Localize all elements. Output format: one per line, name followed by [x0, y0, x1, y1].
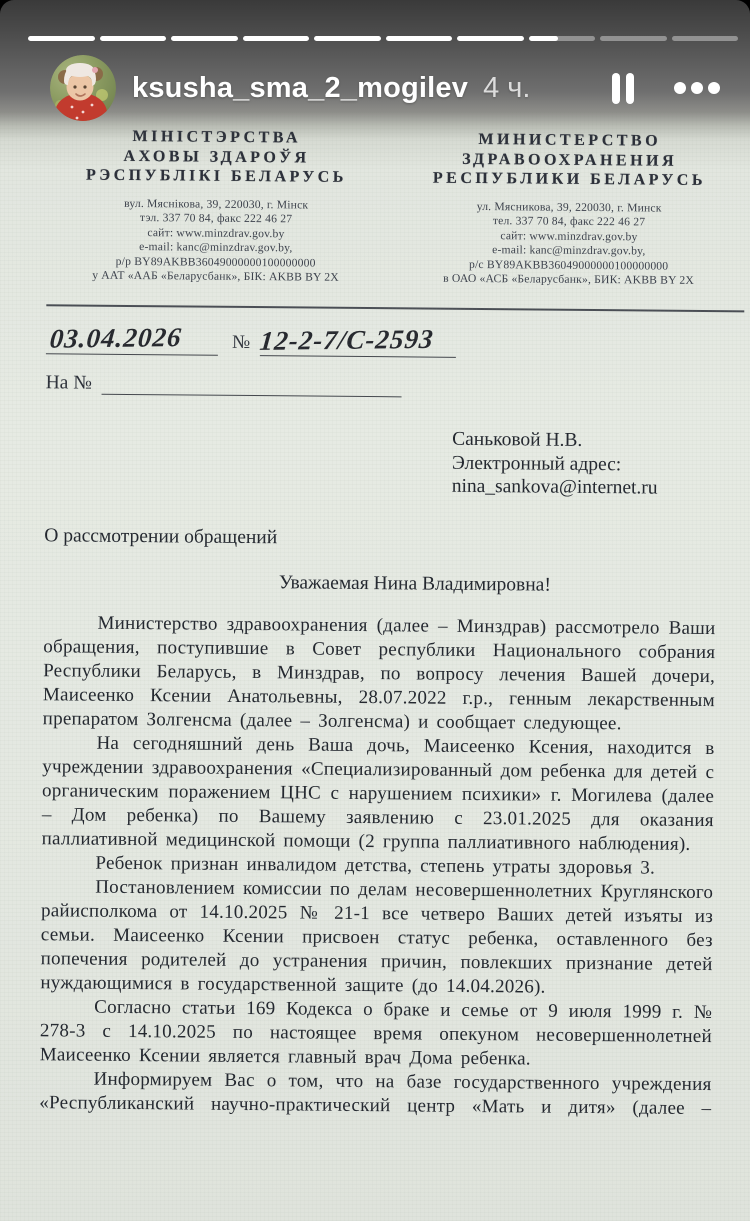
letterhead-left-title-line: РЭСПУБЛІКІ БЕЛАРУСЬ — [57, 165, 375, 187]
addressee-email-label: Электронный адрес: — [452, 451, 747, 477]
letter-body: Министерство здравоохранения (далее – Ми… — [39, 611, 715, 1121]
reply-reference-row: На № — [46, 364, 748, 400]
date-field: 03.04.2026 — [46, 322, 218, 355]
progress-segment — [672, 36, 739, 41]
handwritten-date: 03.04.2026 — [48, 322, 183, 355]
more-options-icon[interactable] — [674, 82, 720, 94]
addressee-block: Саньковой Н.В. Электронный адрес: nina_s… — [452, 428, 748, 501]
story-progress-bar[interactable] — [28, 36, 738, 41]
progress-fill — [386, 36, 453, 41]
progress-fill — [100, 36, 167, 41]
progress-fill — [243, 36, 310, 41]
progress-segment — [600, 36, 667, 41]
letterhead-russian: МИНИСТЕРСТВО ЗДРАВООХРАНЕНИЯ РЕСПУБЛИКИ … — [394, 129, 743, 289]
reply-to-label: На № — [46, 372, 92, 394]
progress-segment — [243, 36, 310, 41]
progress-segment — [100, 36, 167, 41]
pause-icon[interactable] — [612, 73, 634, 104]
letter-paragraph: На сегодняшний день Ваша дочь, Маисеенко… — [42, 731, 715, 857]
letterhead: МІНІСТЭРСТВА АХОВЫ ЗДАРОЎЯ РЭСПУБЛІКІ БЕ… — [0, 112, 750, 290]
reference-row: 03.04.2026 № 12-2-7/С-2593 — [46, 310, 748, 360]
scanned-letter-document: МІНІСТЭРСТВА АХОВЫ ЗДАРОЎЯ РЭСПУБЛІКІ БЕ… — [0, 112, 750, 1121]
progress-segment — [529, 36, 596, 41]
reply-number-blank-field — [102, 376, 402, 398]
progress-fill — [457, 36, 524, 41]
progress-segment — [28, 36, 95, 41]
progress-fill — [314, 36, 381, 41]
handwritten-number: 12-2-7/С-2593 — [259, 324, 436, 357]
letter-paragraph: Информируем Вас о том, что на базе госуд… — [39, 1067, 711, 1121]
letterhead-right-title-line: РЕСПУБЛИКИ БЕЛАРУСЬ — [395, 168, 743, 191]
progress-fill — [28, 36, 95, 41]
letter-paragraph: Министерство здравоохранения (далее – Ми… — [43, 611, 716, 737]
letter-paragraph: Согласно статьи 169 Кодекса о браке и се… — [40, 995, 713, 1073]
number-label: № — [232, 332, 250, 354]
letter-paragraph: Постановлением комиссии по делам несовер… — [40, 875, 713, 1001]
progress-fill — [171, 36, 238, 41]
letterhead-right-address-line: в ОАО «АСБ «Беларусбанк», БИК: AKBB BY 2… — [394, 272, 742, 290]
story-timestamp: 4 ч. — [483, 72, 530, 105]
progress-fill — [529, 36, 559, 41]
story-header: ksusha_sma_2_mogilev 4 ч. — [0, 0, 750, 121]
letterhead-left-address-line: у ААТ «ААБ «Беларусбанк», БІК: AKBB BY 2… — [57, 269, 375, 286]
progress-segment — [171, 36, 238, 41]
outgoing-number-field: 12-2-7/С-2593 — [260, 324, 456, 358]
addressee-name: Саньковой Н.В. — [452, 428, 747, 454]
progress-segment — [457, 36, 524, 41]
story-username[interactable]: ksusha_sma_2_mogilev — [132, 72, 468, 105]
letterhead-belarusian: МІНІСТЭРСТВА АХОВЫ ЗДАРОЎЯ РЭСПУБЛІКІ БЕ… — [57, 126, 376, 286]
progress-segment — [386, 36, 453, 41]
addressee-email: nina_sankova@internet.ru — [452, 475, 747, 501]
progress-segment — [314, 36, 381, 41]
avatar-child-photo-illustration — [50, 55, 116, 121]
instagram-story-screen: МІНІСТЭРСТВА АХОВЫ ЗДАРОЎЯ РЭСПУБЛІКІ БЕ… — [0, 0, 750, 1221]
profile-avatar[interactable] — [50, 55, 116, 121]
salutation: Уважаемая Нина Владимировна! — [114, 570, 716, 597]
letter-subject: О рассмотрении обращений — [44, 525, 746, 553]
